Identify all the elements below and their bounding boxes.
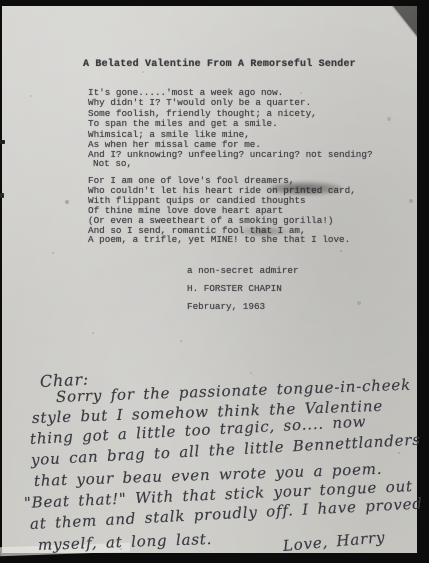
scanned-letter-photo: A Belated Valentine From A Remorseful Se…: [0, 0, 429, 563]
edge-mark: [0, 193, 4, 198]
poem-interjection: Not so,: [93, 158, 132, 169]
ink-smudge: [236, 226, 292, 237]
ink-smudge: [270, 182, 342, 195]
scan-specks: [0, 0, 2, 2]
signature-descriptor: a non-secret admirer: [187, 265, 299, 276]
poem-title: A Belated Valentine From A Remorseful Se…: [83, 59, 356, 70]
signature-name: H. FORSTER CHAPIN: [187, 283, 299, 294]
poem-stanza-1: It's gone.....'most a week ago now. Why …: [88, 88, 373, 161]
signature-block: a non-secret admirer H. FORSTER CHAPIN F…: [187, 265, 299, 319]
edge-mark: [0, 140, 5, 144]
signature-date: February, 1963: [187, 301, 299, 312]
poem-line: A poem, a trifle, yet MINE! to she that …: [88, 235, 356, 245]
